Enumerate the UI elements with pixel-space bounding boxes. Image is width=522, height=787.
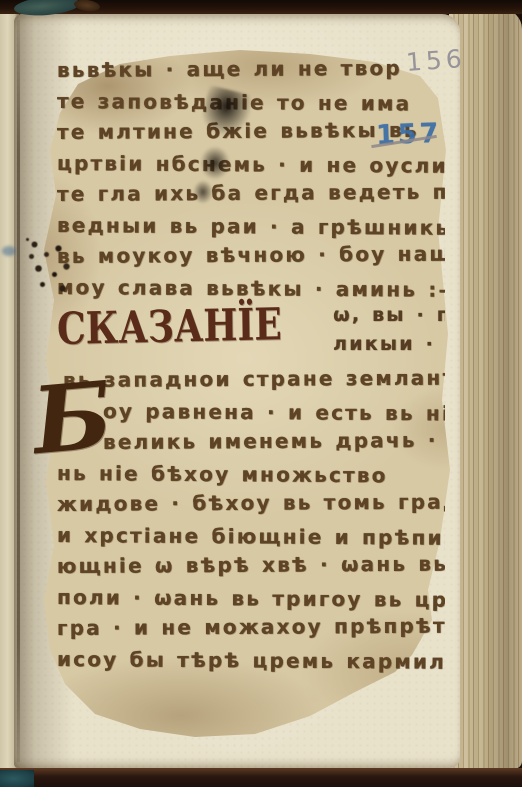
gutter-crease xyxy=(17,20,20,762)
heading-row: СКАЗАНЇЕ ѡ, вы · петроу ве ликыи · ѡ бла… xyxy=(57,301,445,365)
manuscript-line: вь западнои стране земланѣи xyxy=(63,363,445,396)
manuscript-line: ющніе ѡ вѣрѣ хвѣ · ѡань вь xyxy=(57,549,445,582)
manuscript-text: вьвѣкы · аще ли не творте заповѣданіе то… xyxy=(57,55,445,695)
text-block-lower: вь западнои стране земланѣиоу равнена · … xyxy=(57,365,445,675)
ink-smear xyxy=(193,180,213,204)
manuscript-line: вь моукоу вѣчною · боу наше xyxy=(57,239,445,272)
tailband xyxy=(0,770,34,787)
blue-mark xyxy=(2,246,16,256)
book-photo: вьвѣкы · аще ли не творте заповѣданіе то… xyxy=(0,0,522,787)
manuscript-line: вьвѣкы · аще ли не твор xyxy=(57,55,445,86)
manuscript-line: исоу бы тѣрѣ цремь кармиліемь xyxy=(57,644,445,678)
heading-title: СКАЗАНЇЕ xyxy=(57,296,282,359)
book-cover-bottom xyxy=(0,768,522,787)
heading-side-line: ликыи · ѡ блаж + xyxy=(333,333,445,355)
ink-speckles xyxy=(26,238,29,241)
manuscript-line: великь именемь драчь · xyxy=(103,425,445,458)
heading-side-text: ѡ, вы · петроу ве ликыи · ѡ блаж + xyxy=(333,301,445,359)
page-number-pencil: 156 xyxy=(405,44,467,77)
text-block-upper: вьвѣкы · аще ли не творте заповѣданіе то… xyxy=(57,55,445,303)
ink-smear xyxy=(200,146,230,180)
manuscript-line: гра · и не можахоу прѣпрѣтніе xyxy=(57,611,445,644)
heading-side-line: ѡ, вы · петроу ве xyxy=(333,304,445,326)
drop-cap-initial: Б xyxy=(29,369,115,468)
manuscript-line: те гла ихь ба егда ведеть пра xyxy=(57,177,445,210)
manuscript-line: жидове · бѣхоу вь томь граде xyxy=(57,487,445,520)
